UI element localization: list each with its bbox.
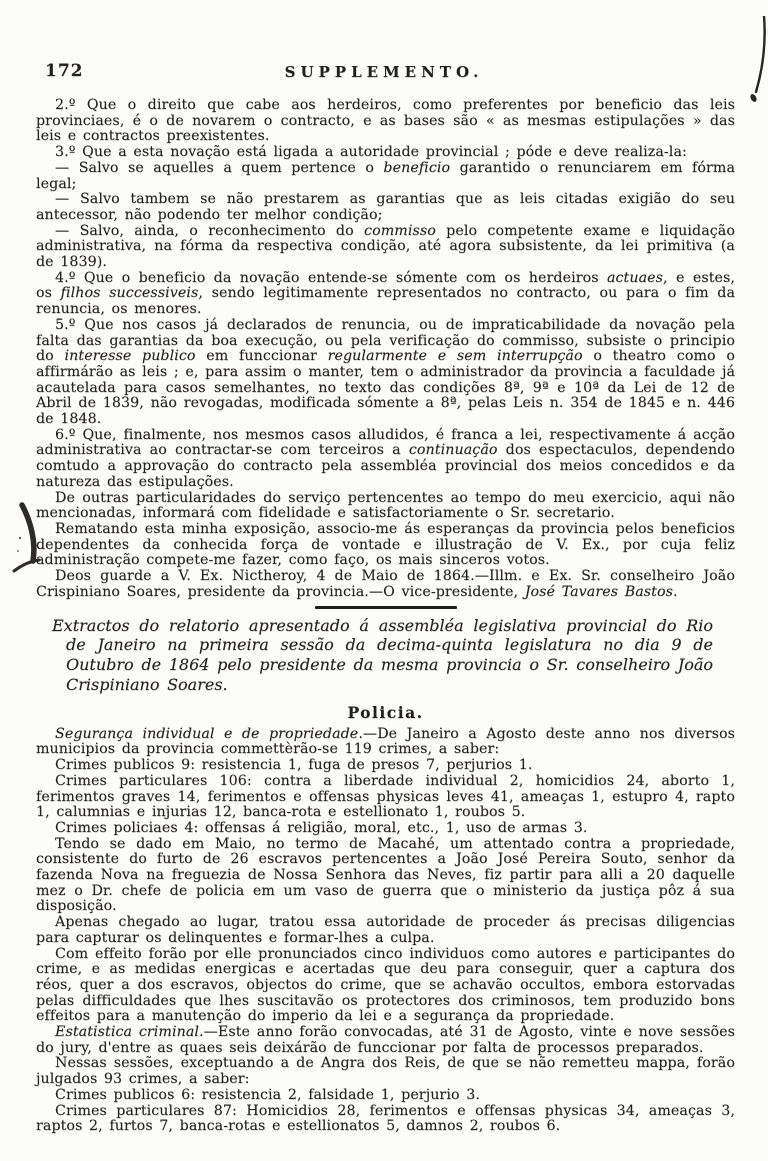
paragraph: Crimes publicos 6: resistencia 2, falsid… [36,1088,735,1104]
paragraph: Com effeito forão por elle pronunciados … [36,947,735,1026]
paragraph: 3.º Que a esta novação está ligada a aut… [36,145,735,161]
paragraph: De outras particularidades do serviço pe… [36,491,735,522]
paragraph: Deos guarde a V. Ex. Nictheroy, 4 de Mai… [36,569,735,600]
scanned-document-page: 172 SUPPLEMENTO. 2.º Que o direito que c… [0,0,768,1161]
paragraph: Tendo se dado em Maio, no termo de Macah… [36,837,735,916]
paragraph: Crimes policiaes 4: offensas á religião,… [36,821,735,837]
paragraph: Segurança individual e de propriedade.—D… [36,727,735,758]
extract-heading: Extractos do relatorio apresentado á ass… [52,616,713,695]
paragraph: Rematando esta minha exposição, associo-… [36,522,735,569]
section-divider-rule [315,606,457,609]
page-number: 172 [45,61,84,81]
policia-section-title: Policia. [36,703,735,722]
report-conclusion-section: 2.º Que o direito que cabe aos herdeiros… [36,98,735,601]
page-header: 172 SUPPLEMENTO. [0,0,768,88]
paragraph: Nessas sessões, exceptuando a de Angra d… [36,1056,735,1087]
paragraph: Crimes publicos 9: resistencia 1, fuga d… [36,758,735,774]
paragraph: Crimes particulares 106: contra a liberd… [36,774,735,821]
paragraph: — Salvo tambem se não prestarem as garan… [36,192,735,223]
crime-report-section: Segurança individual e de propriedade.—D… [36,727,735,1135]
paragraph: Apenas chegado ao lugar, tratou essa aut… [36,915,735,946]
paragraph: — Salvo, ainda, o reconhecimento do comm… [36,224,735,271]
paragraph: Estatistica criminal.—Este anno forão co… [36,1025,735,1056]
paragraph: — Salvo se aquelles a quem pertence o be… [36,161,735,192]
running-title: SUPPLEMENTO. [0,63,768,81]
paragraph: Crimes particulares 87: Homicidios 28, f… [36,1104,735,1135]
paragraph: 4.º Que o beneficio da novação entende-s… [36,271,735,318]
paragraph: 6.º Que, finalmente, nos mesmos casos al… [36,428,735,491]
paragraph: 2.º Que o direito que cabe aos herdeiros… [36,98,735,145]
paragraph: 5.º Que nos casos já declarados de renun… [36,318,735,428]
page-content: 2.º Que o direito que cabe aos herdeiros… [36,98,735,1135]
